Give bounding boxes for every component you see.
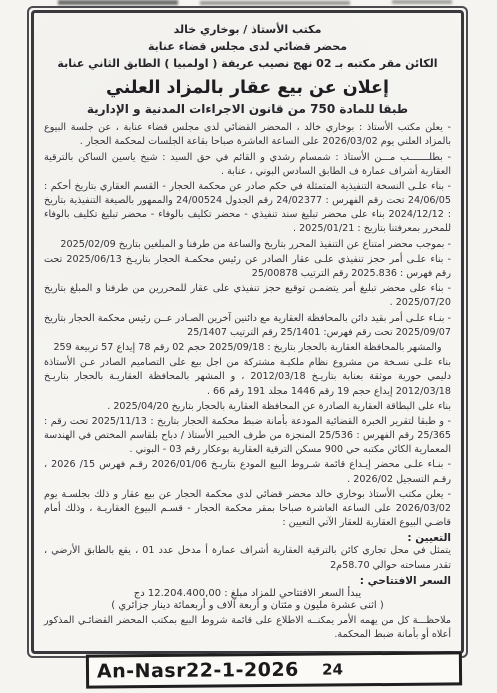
body-paragraph: بناء على البطاقة العقارية الصادرة عن الم… <box>44 400 451 414</box>
notice-frame: مكتب الأستاذ / بوخاري خالد محضر قضائي لد… <box>27 6 468 658</box>
legal-basis-subtitle: طبقا للمادة 750 من قانون الاجراءات المدن… <box>44 102 451 116</box>
newspaper-footer-box: An-Nasr22-1-2026 24 <box>86 651 462 688</box>
header-office-line: مكتب الأستاذ / بوخاري خالد <box>44 21 451 38</box>
body-paragraph: - و طبقا لتقرير الخبرة القضائية المودعة … <box>44 415 451 458</box>
scan-smudge <box>392 0 452 4</box>
scan-smudge <box>200 1 350 5</box>
page-number: 24 <box>322 660 343 678</box>
body-paragraph: بناء علـى نسـخة من مشروع نظام ملكيـة مشت… <box>44 356 451 399</box>
header-address-line: الكائن مقر مكتبه بـ 02 نهج نصيب عريفة ( … <box>44 55 451 72</box>
notice-frame-inner: مكتب الأستاذ / بوخاري خالد محضر قضائي لد… <box>31 10 464 654</box>
body-paragraph: - يعلن مكتب الأستاذ بوخاري خالد محضر قضا… <box>44 488 451 531</box>
header-role-line: محضر قضائي لدى مجلس قضاء عنابة <box>44 38 451 55</box>
body-paragraph: - بناء علـى النسخة التنفيذية المتمثلة في… <box>44 180 451 237</box>
opening-price-amount: يبدأ السعر الافتتاحي للمزاد مبلغ : 12.20… <box>44 588 451 599</box>
opening-price-words: ( اثنى عشرة مليون و مئتان و أربعة آلاف و… <box>44 600 451 611</box>
newspaper-name-date: An-Nasr22-1-2026 <box>89 659 299 683</box>
body-paragraph: - بناء على محضر تبليغ أمر يتضمـن توقيع ح… <box>44 282 451 310</box>
body-paragraph: - بنـاء علـى محضر إيـداع قائمة شـروط الب… <box>44 458 451 486</box>
body-paragraph: - بنـاء علـى أمر بقيد دائن بالمحافظة الع… <box>44 312 451 340</box>
notice-document: مكتب الأستاذ / بوخاري خالد محضر قضائي لد… <box>44 21 451 654</box>
newspaper-name: An-Nasr <box>97 660 186 683</box>
body-paragraph: والمشهر بالمحافظة العقارية بالحجار بتاري… <box>44 341 451 355</box>
body-paragraph: - بناء علـى أمر حجز تنفيذي علـى عقار الص… <box>44 253 451 281</box>
designation-text: يتمثل في محل تجاري كائن بالترقية العقاري… <box>44 544 451 572</box>
issue-date: 22-1-2026 <box>186 659 299 682</box>
body-paragraph: - بطلـــــــب مـــن الأستاذ : شمسام رشدي… <box>44 151 451 179</box>
announcement-title: إعلان عن بيع عقار بالمزاد العلني <box>44 78 451 98</box>
note-line: ملاحظـــة كل من يهمه الأمر يمكنــه الاطل… <box>44 614 451 642</box>
body-paragraph: - يعلن مكتب الأستاذ : بوخاري خالد ، المح… <box>44 121 451 149</box>
scan-smudge <box>58 0 178 5</box>
opening-price-label: السعر الافتتاحي : <box>44 575 451 587</box>
body-paragraph: - بموجب محضر امتناع عن التنفيذ المحرر بت… <box>44 238 451 252</box>
scanned-auction-notice-page: { "colors": { "ink": "#2e2e35", "paper":… <box>0 0 497 693</box>
designation-label: التعيين : <box>44 532 451 544</box>
